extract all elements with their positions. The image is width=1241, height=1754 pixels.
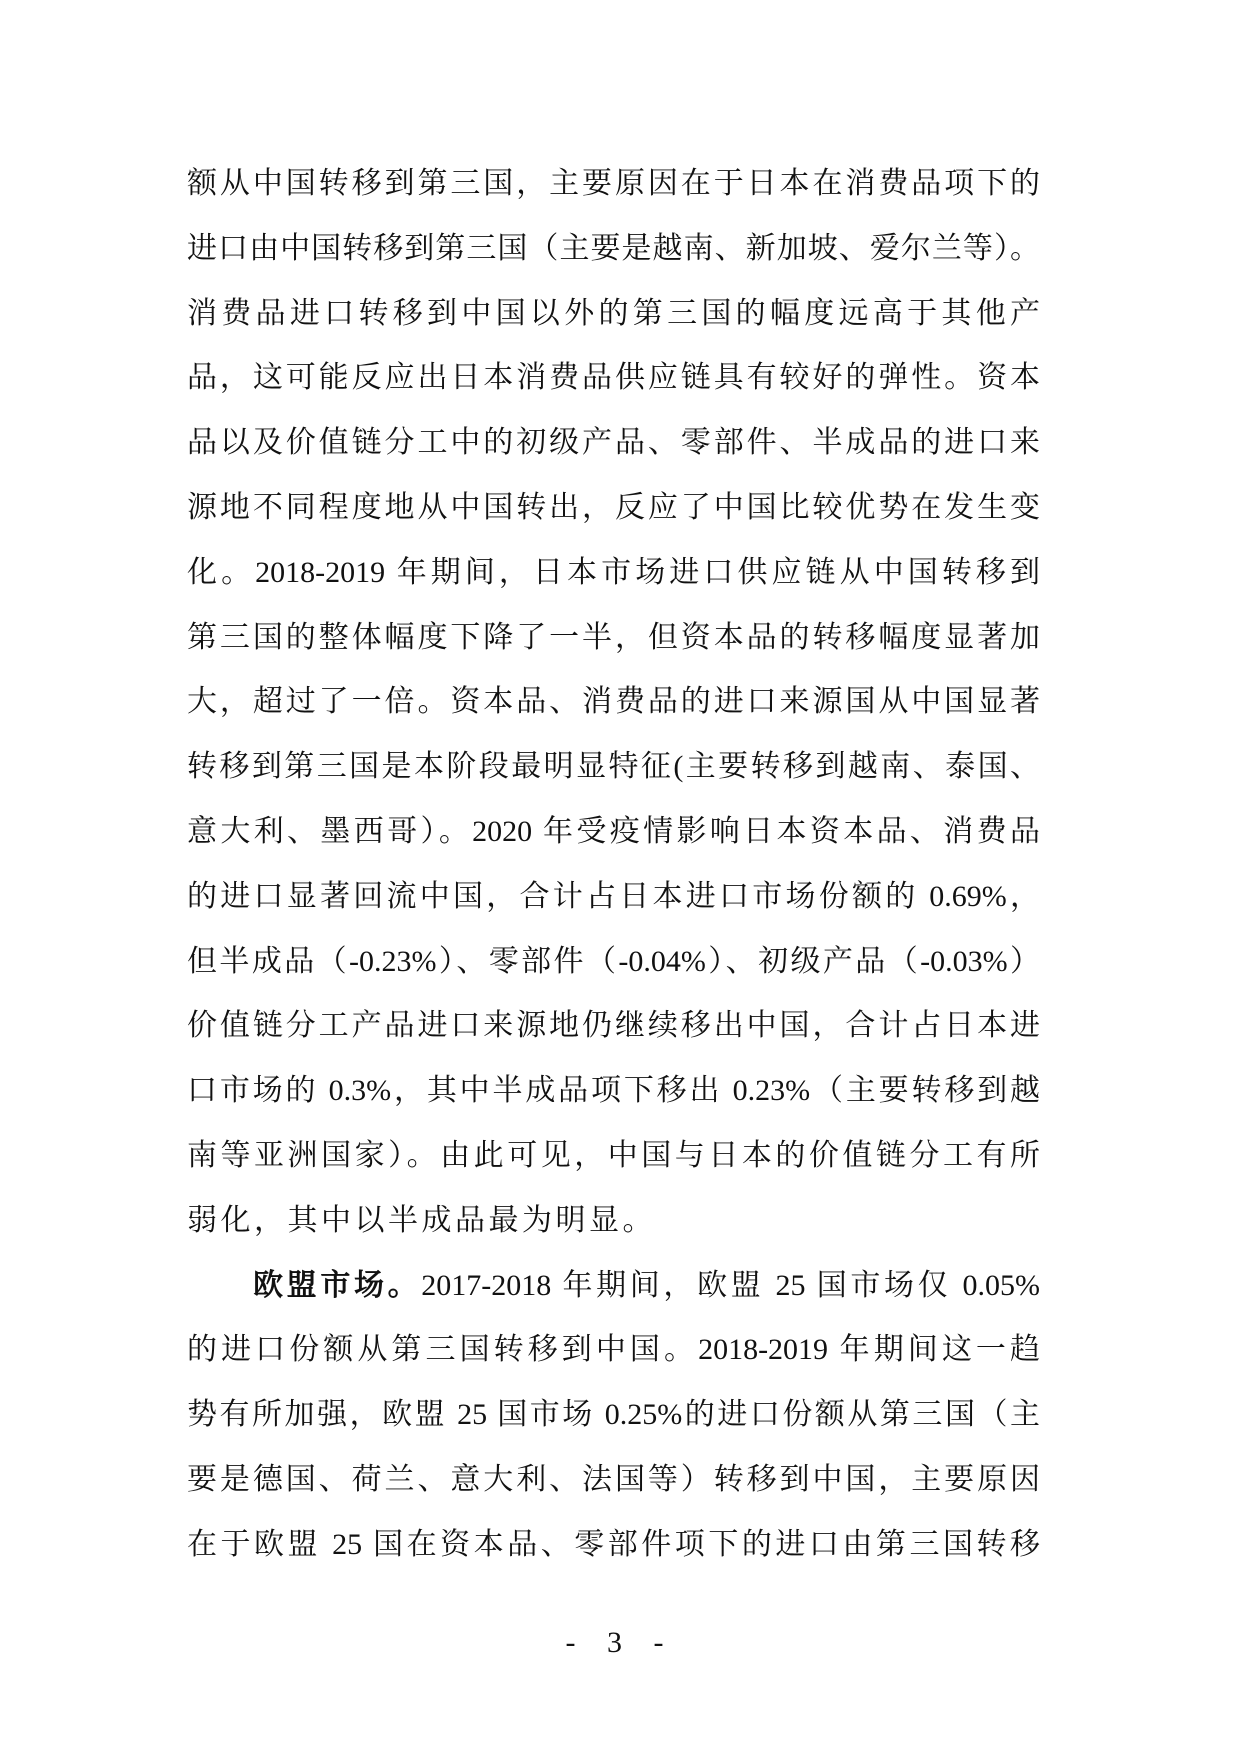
body-text: 额从中国转移到第三国，主要原因在于日本在消费品项下的 进口由中国转移到第三国（主… [187,152,1040,1578]
text-line: 在于欧盟 25 国在资本品、零部件项下的进口由第三国转移 [187,1513,1040,1578]
text-line: 品，这可能反应出日本消费品供应链具有较好的弹性。资本 [187,346,1040,411]
text-line: 消费品进口转移到中国以外的第三国的幅度远高于其他产 [187,282,1040,347]
text-line: 的进口份额从第三国转移到中国。2018-2019 年期间这一趋 [187,1318,1040,1383]
text-line: 但半成品（-0.23%）、零部件（-0.04%）、初级产品（-0.03%） [187,930,1040,995]
eu-market-heading: 欧盟市场。 [253,1269,421,1302]
text-line: 要是德国、荷兰、意大利、法国等）转移到中国，主要原因 [187,1448,1040,1513]
text-line: 的进口显著回流中国，合计占日本进口市场份额的 0.69%， [187,865,1040,930]
text-line: 大，超过了一倍。资本品、消费品的进口来源国从中国显著 [187,670,1040,735]
text-line: 品以及价值链分工中的初级产品、零部件、半成品的进口来 [187,411,1040,476]
paragraph-1-last-line: 弱化，其中以半成品最为明显。 [187,1189,1040,1254]
text-line: 化。2018-2019 年期间，日本市场进口供应链从中国转移到 [187,541,1040,606]
paragraph-2-first-line-text: 2017-2018 年期间，欧盟 25 国市场仅 0.05% [421,1269,1040,1302]
text-line: 转移到第三国是本阶段最明显特征(主要转移到越南、泰国、 [187,735,1040,800]
text-line: 进口由中国转移到第三国（主要是越南、新加坡、爱尔兰等）。 [187,217,1040,282]
text-line: 南等亚洲国家）。由此可见，中国与日本的价值链分工有所 [187,1124,1040,1189]
text-line: 额从中国转移到第三国，主要原因在于日本在消费品项下的 [187,152,1040,217]
text-line: 源地不同程度地从中国转出，反应了中国比较优势在发生变 [187,476,1040,541]
page-number: - 3 - [0,1626,1241,1660]
text-line: 口市场的 0.3%，其中半成品项下移出 0.23%（主要转移到越 [187,1059,1040,1124]
paragraph-2-first-line: 欧盟市场。2017-2018 年期间，欧盟 25 国市场仅 0.05% [187,1254,1040,1319]
document-page: 额从中国转移到第三国，主要原因在于日本在消费品项下的 进口由中国转移到第三国（主… [0,0,1241,1754]
text-line: 势有所加强，欧盟 25 国市场 0.25%的进口份额从第三国（主 [187,1383,1040,1448]
text-line: 意大利、墨西哥）。2020 年受疫情影响日本资本品、消费品 [187,800,1040,865]
text-line: 第三国的整体幅度下降了一半，但资本品的转移幅度显著加 [187,606,1040,671]
text-line: 价值链分工产品进口来源地仍继续移出中国，合计占日本进 [187,994,1040,1059]
